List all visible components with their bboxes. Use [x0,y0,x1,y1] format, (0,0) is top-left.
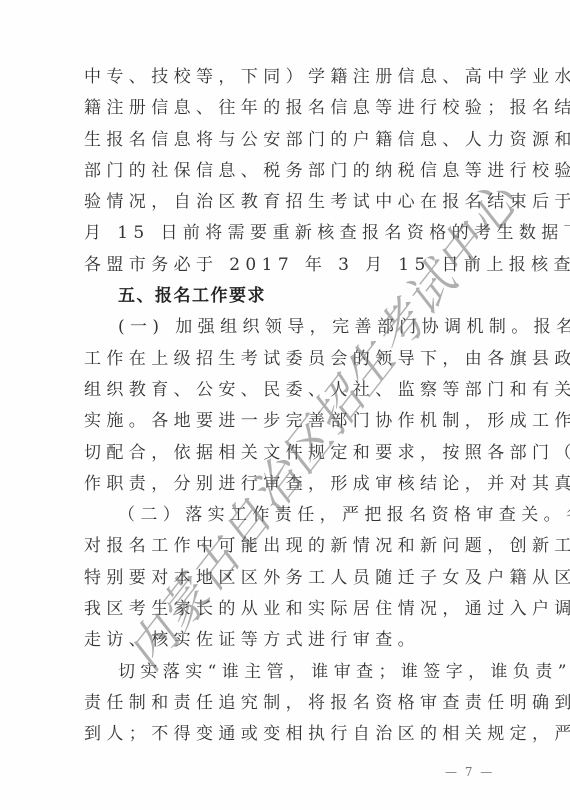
text-line: 中专、技校等，下同）学籍注册信息、高中学业水平考试考 [84,62,494,93]
text-line: 验情况，自治区教育招生考试中心在报名结束后于 2017 年 1 [84,187,494,218]
text-line: 特别要对本地区区外务工人员随迁子女及户籍从区外迁入 [84,563,494,594]
document-page: 中专、技校等，下同）学籍注册信息、高中学业水平考试考 籍注册信息、往年的报名信息… [0,0,570,810]
text-line: 月 15 日前将需要重新核查报名资格的考生数据下发各盟市， [84,218,494,249]
page-number: — 7 — [445,765,494,779]
text-line: 对报名工作中可能出现的新情况和新问题，创新工作方法， [84,531,494,562]
text-line: 到人；不得变通或变相执行自治区的相关规定，严禁出台针 [84,719,494,750]
document-body: 中专、技校等，下同）学籍注册信息、高中学业水平考试考 籍注册信息、往年的报名信息… [84,62,494,751]
text-line: 工作在上级招生考试委员会的领导下，由各旗县政府牵头， [84,344,494,375]
text-line: 实施。各地要进一步完善部门协作机制，形成工作合力，密 [84,406,494,437]
text-line: 籍注册信息、往年的报名信息等进行校验；报名结束后，考 [84,93,494,124]
paragraph-start-line: (一) 加强组织领导，完善部门协调机制。报名资格审查 [84,312,494,343]
section-heading: 五、报名工作要求 [84,281,494,312]
paragraph-start-line: （二）落实工作责任，严把报名资格审查关。各地要针 [84,500,494,531]
text-line: 切配合，依据相关文件规定和要求，按照各部门（单位）工 [84,438,494,469]
text-line: 作职责，分别进行审查，形成审核结论，并对其真实性负责。 [84,469,494,500]
text-line: 生报名信息将与公安部门的户籍信息、人力资源和社会保障 [84,125,494,156]
text-line: 我区考生家长的从业和实际居住情况，通过入户调查、实地 [84,594,494,625]
text-line: 各盟市务必于 2017 年 3 月 15 日前上报核查结果。 [84,250,494,281]
text-line: 组织教育、公安、民委、人社、监察等部门和有关单位具体 [84,375,494,406]
text-line: 部门的社保信息、税务部门的纳税信息等进行校验。根据校 [84,156,494,187]
text-line: 责任制和责任追究制，将报名资格审查责任明确到岗、落实 [84,688,494,719]
text-line: 走访、核实佐证等方式进行审查。 [84,625,494,656]
paragraph-start-line: 切实落实“谁主管，谁审查；谁签字，谁负责”的工作 [84,657,494,688]
